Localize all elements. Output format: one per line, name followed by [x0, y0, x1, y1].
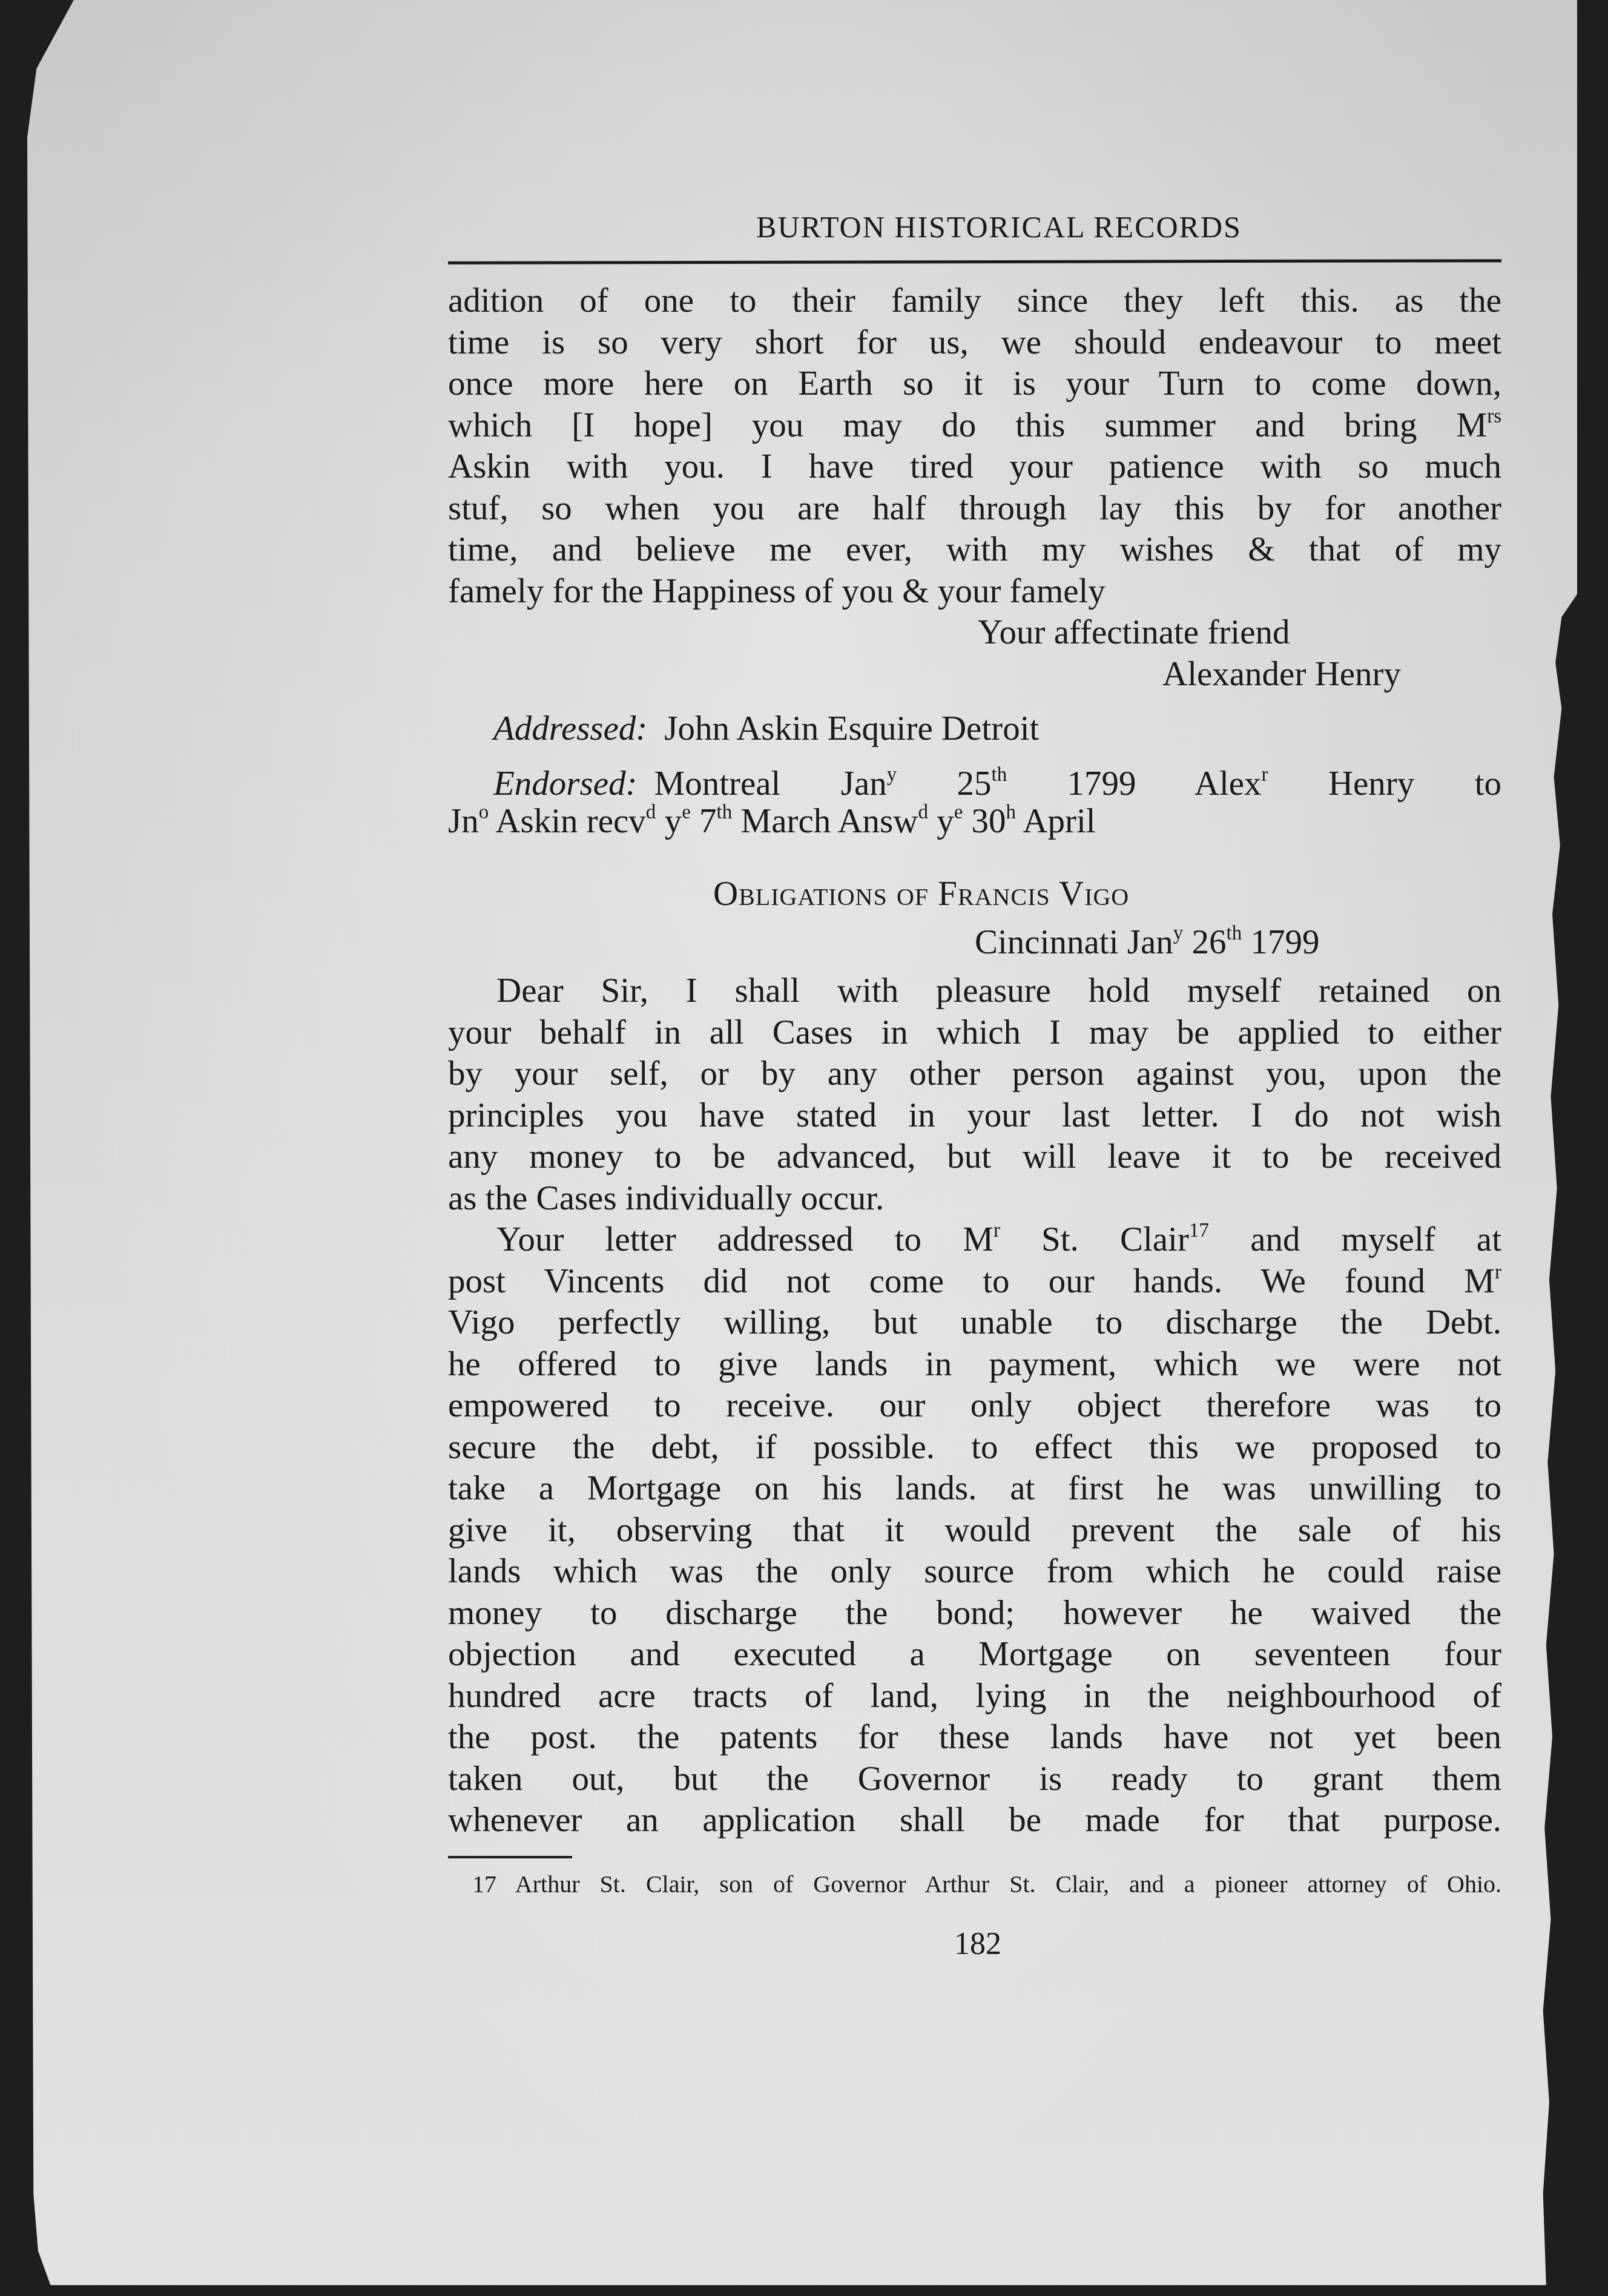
text-segment: 25 — [897, 765, 991, 803]
text-line: secure the debt, if possible. to effect … — [448, 1427, 1501, 1469]
text-line: time, and believe me ever, with my wishe… — [448, 529, 1501, 571]
superscript: r — [1262, 763, 1268, 785]
superscript: th — [992, 763, 1007, 785]
superscript: r — [993, 1220, 1000, 1242]
text-line: as the Cases individually occur. — [448, 1178, 1501, 1220]
text-segment: Cincinnati Jan — [975, 923, 1173, 961]
text-line: empowered to receive. our only object th… — [448, 1385, 1501, 1427]
dateline: Cincinnati Jany 26th 1799 — [448, 922, 1501, 970]
text-segment: 30 — [963, 802, 1006, 840]
superscript: h — [1006, 801, 1017, 823]
text-line: give it, observing that it would prevent… — [448, 1510, 1501, 1551]
superscript: r — [1495, 1261, 1501, 1283]
text-line: stuf, so when you are half through lay t… — [448, 488, 1501, 530]
text-segment: Montreal Jan — [654, 765, 886, 803]
superscript: th — [717, 801, 733, 823]
text-line: once more here on Earth so it is your Tu… — [448, 363, 1501, 405]
text-line: he offered to give lands in payment, whi… — [448, 1344, 1501, 1386]
text-segment: post Vincents did not come to our hands.… — [448, 1262, 1495, 1300]
text-line: Dear Sir, I shall with pleasure hold mys… — [448, 970, 1501, 1012]
footnote-reference[interactable]: 17 — [1189, 1220, 1209, 1242]
text-line: Your letter addressed to Mr St. Clair17 … — [448, 1219, 1501, 1261]
text-line: time is so very short for us, we should … — [448, 322, 1501, 364]
endorsed-label: Endorsed: — [493, 765, 637, 803]
text-line: the post. the patents for these lands ha… — [448, 1717, 1501, 1758]
text-line: by your self, or by any other person aga… — [448, 1053, 1501, 1095]
header-rule — [448, 259, 1501, 265]
addressed-line: Addressed:John Askin Esquire Detroit — [448, 708, 1501, 750]
addressed-label: Addressed: — [493, 709, 647, 748]
superscript: y — [1173, 923, 1184, 944]
text-line: money to discharge the bond; however he … — [448, 1593, 1501, 1634]
text-line: Vigo perfectly willing, but unable to di… — [448, 1302, 1501, 1344]
text-line: take a Mortgage on his lands. at first h… — [448, 1468, 1501, 1510]
endorsed-line: Endorsed:Montreal Jany 25th 1799 Alexr H… — [448, 763, 1501, 801]
text-line: any money to be advanced, but will leave… — [448, 1136, 1501, 1178]
superscript: o — [479, 801, 489, 823]
text-segment: St. Clair — [1000, 1220, 1189, 1258]
text-line: Askin with you. I have tired your patien… — [448, 446, 1501, 488]
text-line: objection and executed a Mortgage on sev… — [448, 1634, 1501, 1676]
text-line: post Vincents did not come to our hands.… — [448, 1261, 1501, 1303]
section-title: Obligations of Francis Vigo — [448, 873, 1501, 922]
text-segment: Henry to — [1268, 765, 1501, 803]
superscript: d — [646, 801, 656, 823]
text-line: hundred acre tracts of land, lying in th… — [448, 1676, 1501, 1717]
text-segment: y — [928, 802, 954, 840]
text-segment: which [I hope] you may do this summer an… — [448, 406, 1487, 444]
footnote-number: 17 — [472, 1870, 496, 1898]
text-line: your behalf in all Cases in which I may … — [448, 1012, 1501, 1054]
text-line: taken out, but the Governor is ready to … — [448, 1758, 1501, 1800]
text-segment: March Answ — [732, 802, 918, 840]
superscript: rs — [1487, 405, 1501, 427]
letter-closing: Your affectinate friend — [448, 612, 1501, 654]
text-line: famely for the Happiness of you & your f… — [448, 571, 1501, 613]
text-segment: y — [656, 802, 682, 840]
scanned-page: BURTON HISTORICAL RECORDS adition of one… — [27, 0, 1577, 2285]
text-segment: Jn — [448, 802, 479, 840]
text-segment: 1799 — [1242, 923, 1319, 961]
text-segment: Askin recv — [489, 802, 646, 840]
text-segment: 7 — [691, 802, 717, 840]
superscript: e — [954, 801, 963, 823]
superscript: y — [887, 763, 897, 785]
footnote-text: Arthur St. Clair, son of Governor Arthur… — [515, 1870, 1501, 1898]
superscript: th — [1226, 923, 1242, 944]
page-content: BURTON HISTORICAL RECORDS adition of one… — [448, 206, 1501, 1962]
footnote-rule — [448, 1856, 572, 1858]
superscript: e — [682, 801, 691, 823]
endorsed-line-2: Jno Askin recvd ye 7th March Answd ye 30… — [448, 801, 1501, 843]
superscript: d — [918, 801, 928, 823]
body-text: adition of one to their family since the… — [448, 280, 1501, 1841]
text-line: lands which was the only source from whi… — [448, 1551, 1501, 1593]
footnote: 17 Arthur St. Clair, son of Governor Art… — [448, 1869, 1501, 1900]
letter-signature: Alexander Henry — [448, 654, 1501, 696]
text-line: adition of one to their family since the… — [448, 280, 1501, 322]
addressed-text: John Askin Esquire Detroit — [664, 709, 1039, 748]
running-head: BURTON HISTORICAL RECORDS — [496, 206, 1501, 245]
text-line: whenever an application shall be made fo… — [448, 1800, 1501, 1841]
text-line: principles you have stated in your last … — [448, 1095, 1501, 1137]
text-segment: 1799 Alex — [1007, 765, 1261, 803]
page-number: 182 — [454, 1926, 1501, 1962]
text-segment: April — [1016, 802, 1095, 840]
text-segment: 26 — [1183, 923, 1226, 961]
text-line: which [I hope] you may do this summer an… — [448, 405, 1501, 447]
text-segment: Your letter addressed to M — [496, 1220, 993, 1258]
text-segment: and myself at — [1209, 1220, 1501, 1258]
